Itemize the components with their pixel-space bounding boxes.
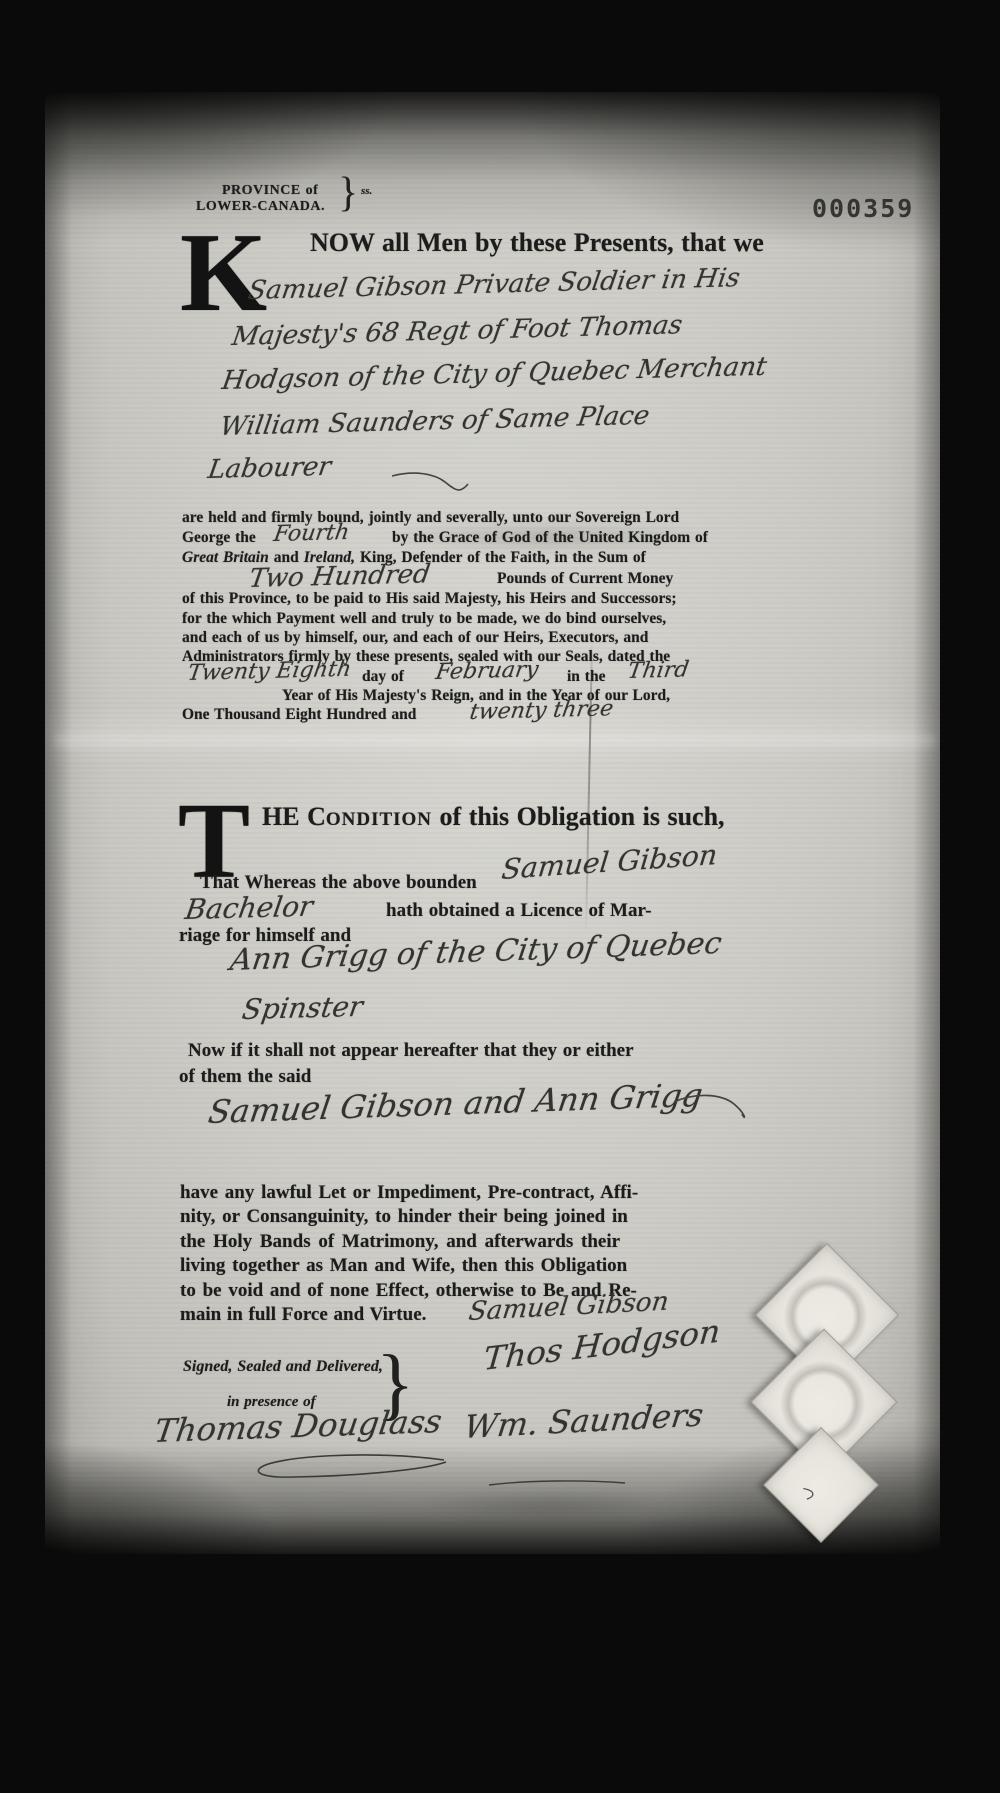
bond-line-1: are held and firmly bound, jointly and s… bbox=[182, 509, 679, 527]
bond-line-9b: in the bbox=[567, 668, 605, 686]
province-line-1: PROVINCE of bbox=[222, 183, 318, 199]
bride-status-script: Spinster bbox=[240, 990, 365, 1026]
obligors-script-line-5: Labourer bbox=[206, 452, 333, 485]
bond-line-11: One Thousand Eight Hundred and bbox=[182, 706, 416, 724]
now-line-2: of them the said bbox=[179, 1066, 311, 1088]
bond-line-5: of this Province, to be paid to His said… bbox=[182, 590, 677, 608]
jurisdiction-brace: } bbox=[338, 172, 358, 214]
condition-heading-b: ONDITION bbox=[326, 809, 432, 830]
condition-heading-a: HE C bbox=[262, 802, 326, 831]
opening-heading: NOW all Men by these Presents, that we bbox=[310, 228, 764, 258]
jurisdiction-abbr: ss. bbox=[361, 185, 372, 197]
groom-status-script: Bachelor bbox=[183, 890, 315, 926]
proviso-line-2: nity, or Consanguinity, to hinder their … bbox=[180, 1206, 628, 1228]
pen-flourish bbox=[390, 468, 470, 494]
bond-line-7: and each of us by himself, our, and each… bbox=[182, 629, 648, 647]
bond-line-2a: George the bbox=[182, 529, 256, 547]
horizontal-fold bbox=[55, 735, 935, 747]
bond-ordinal-script: Fourth bbox=[272, 520, 351, 547]
bond-regnal-script: Third bbox=[626, 657, 690, 684]
bond-year-script: twenty three bbox=[468, 696, 615, 725]
bond-line-4: Pounds of Current Money bbox=[497, 570, 673, 588]
proviso-line-6: main in full Force and Virtue. bbox=[180, 1304, 426, 1326]
signature-dash-flourish bbox=[487, 1478, 627, 1488]
proviso-line-4: living together as Man and Wife, then th… bbox=[180, 1255, 627, 1277]
document-number-stamp: 000359 bbox=[812, 194, 914, 223]
bond-sum-script: Two Hundred bbox=[247, 559, 432, 594]
dropcap-k: K bbox=[180, 224, 267, 323]
bond-line-2b: by the Grace of God of the United Kingdo… bbox=[392, 529, 708, 547]
bond-day-script: Twenty Eighth bbox=[186, 657, 353, 686]
proviso-line-1: have any lawful Let or Impediment, Pre-c… bbox=[180, 1182, 638, 1204]
bond-month-script: February bbox=[434, 657, 540, 685]
condition-heading-c: of this Obligation is such, bbox=[440, 802, 725, 831]
paper-stain bbox=[420, 1490, 680, 1520]
bond-line-6: for the which Payment well and truly to … bbox=[182, 610, 666, 628]
scanned-photograph: PROVINCE of LOWER-CANADA. } ss. 000359 K… bbox=[0, 0, 1000, 1793]
bond-line-9a: day of bbox=[362, 668, 404, 686]
condition-heading: HE CONDITION of this Obligation is such, bbox=[262, 802, 725, 832]
now-line-1: Now if it shall not appear hereafter tha… bbox=[188, 1040, 634, 1062]
proviso-line-3: the Holy Bands of Matrimony, and afterwa… bbox=[180, 1231, 620, 1253]
pen-flourish bbox=[672, 1090, 750, 1124]
attestation-line-1: Signed, Sealed and Delivered, bbox=[183, 1358, 383, 1376]
licence-line-b: hath obtained a Licence of Mar- bbox=[386, 900, 652, 922]
signature-underline-flourish bbox=[252, 1452, 452, 1482]
